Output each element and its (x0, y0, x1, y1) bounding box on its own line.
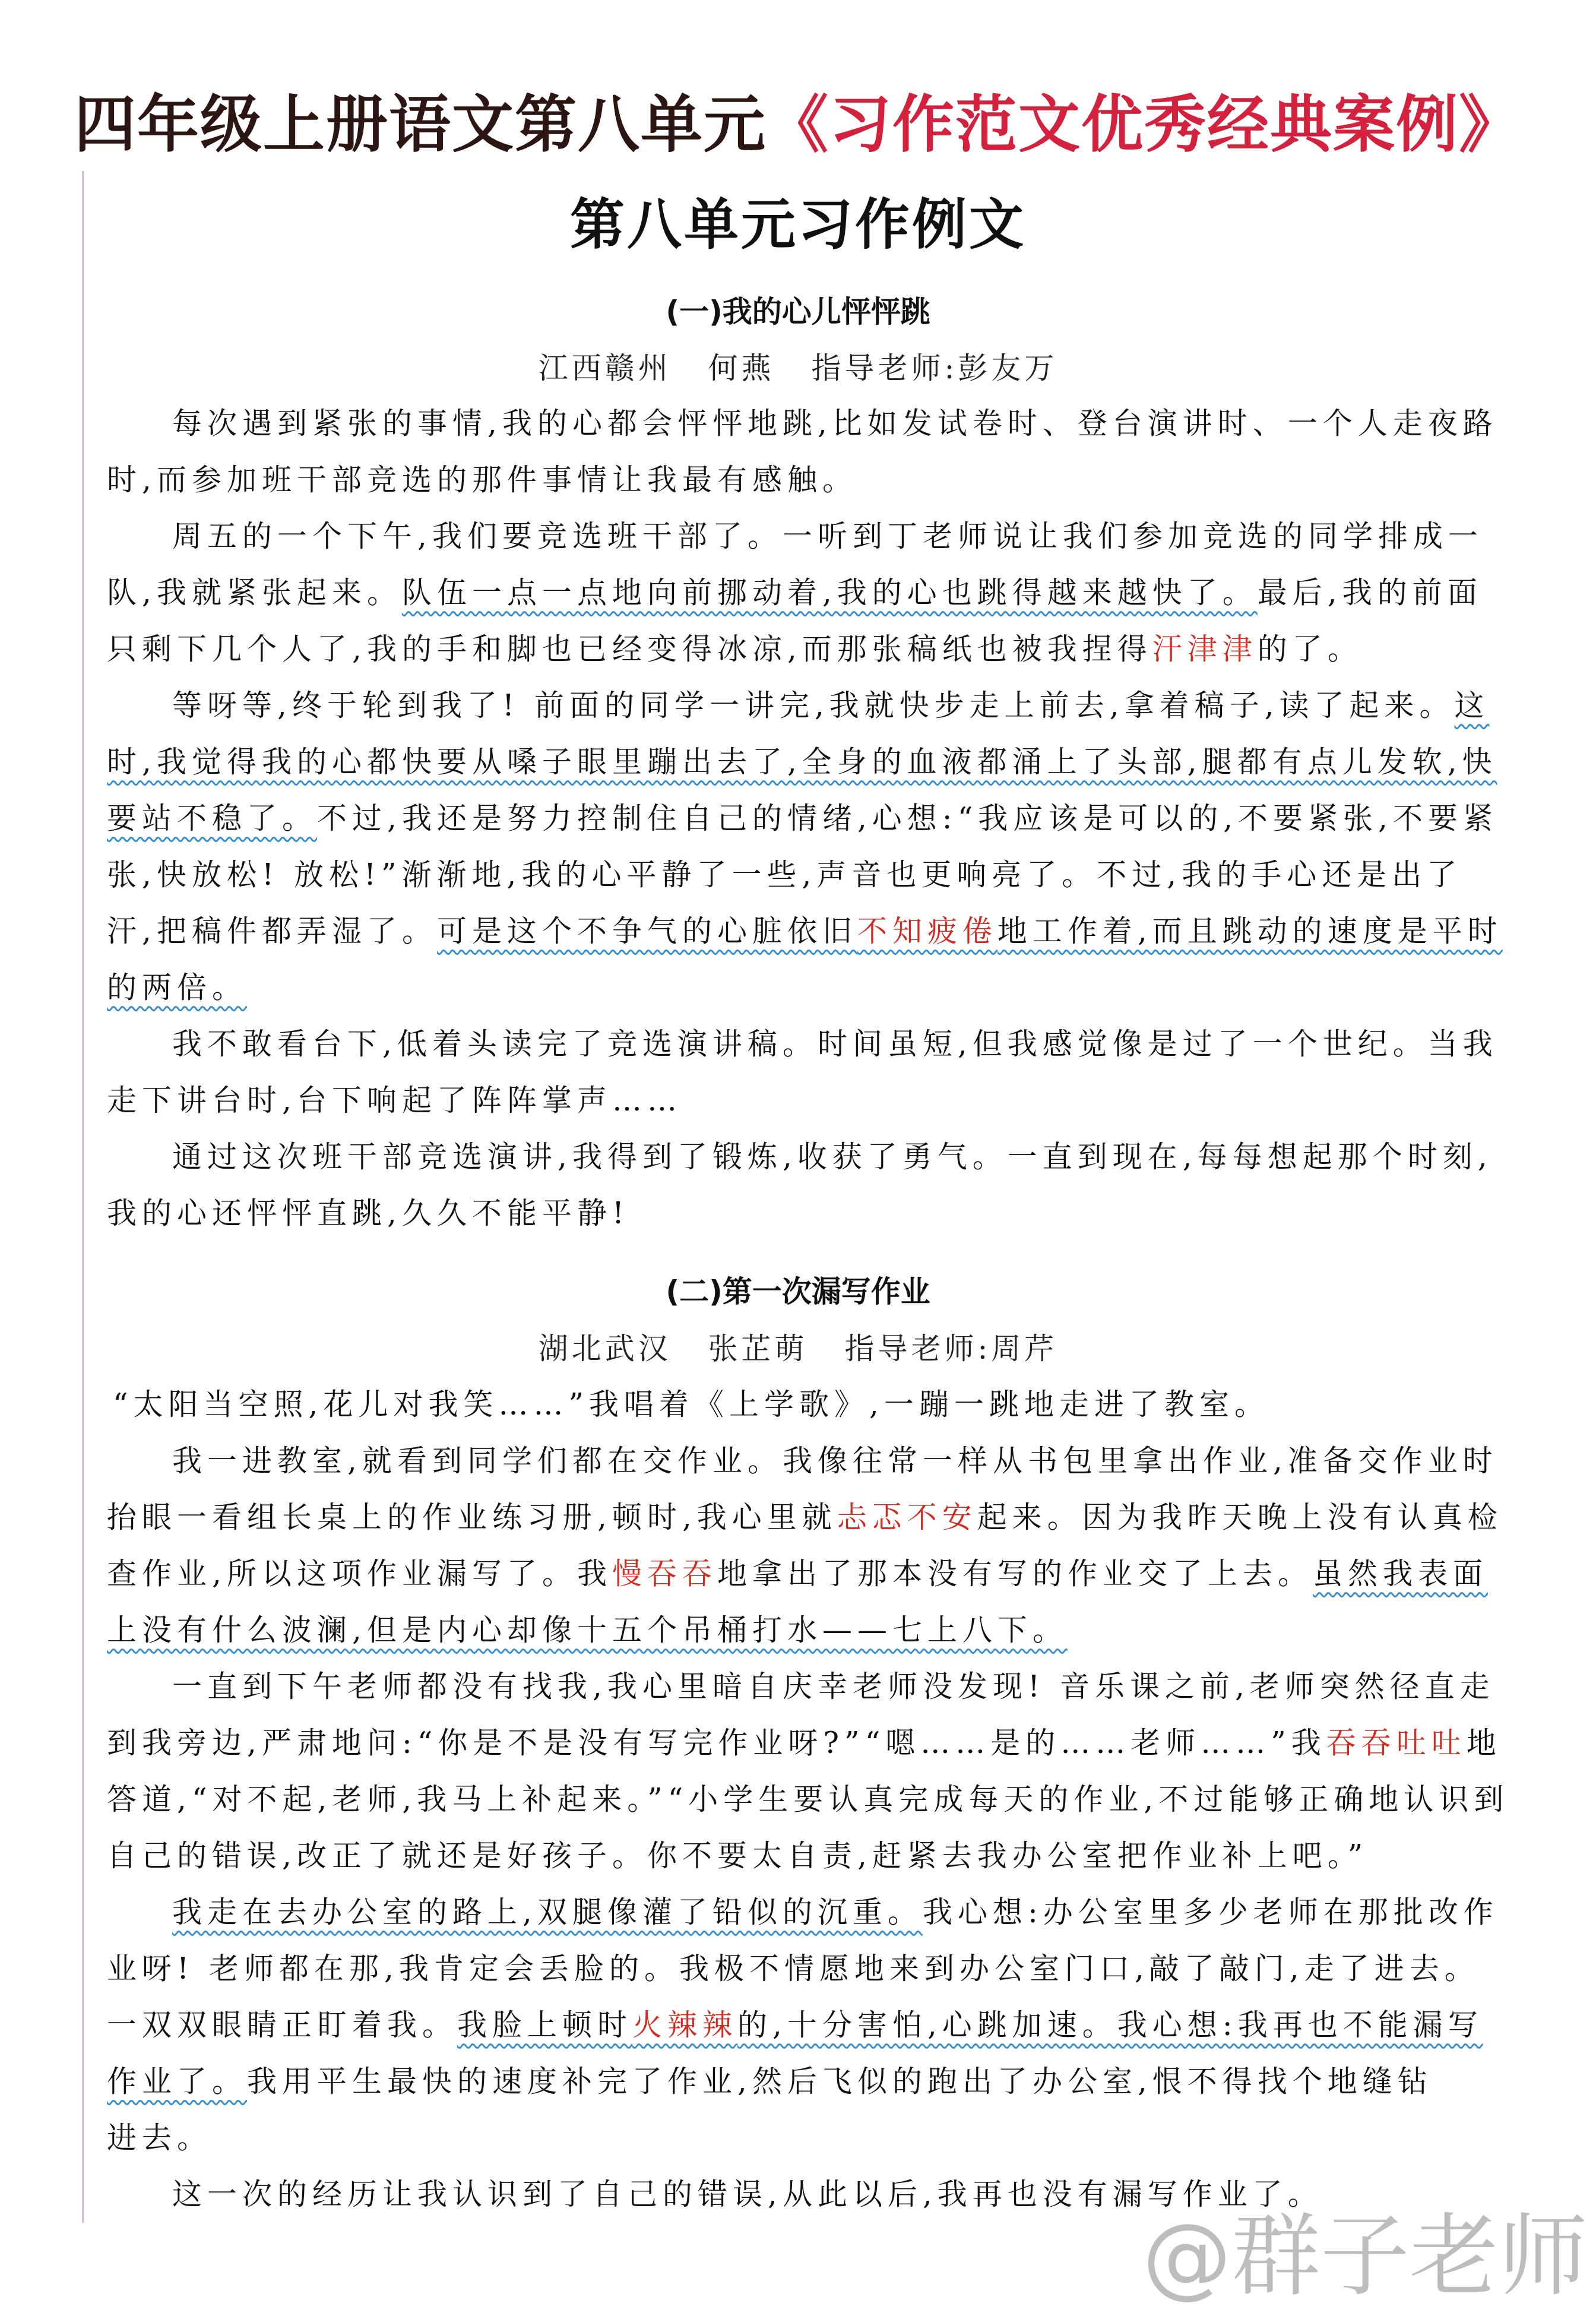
text-line: 时,我觉得我的心都快要从嗓子眼里蹦出去了,全身的血液都涌上了头部,腿都有点儿发软… (107, 741, 1431, 783)
banner-prefix: 四年级上册语文第八单元 (74, 88, 767, 161)
wavy-underlined-sentence: 队伍一点一点地向前挪动着,我的心也跳得越来越快了。 (402, 575, 1258, 610)
text-run: 只剩下几个人了,我的手和脚也已经变得冰凉,而那张稿纸也被我捏得 (107, 632, 1152, 666)
text-line: 我的心还怦怦直跳,久久不能平静! (107, 1192, 1431, 1234)
wavy-underlined-sentence: 要站不稳了。 (107, 801, 317, 836)
text-run: 答道,“对不起,老师,我马上补起来。”“小学生要认真完成每天的作业,不过能够正确… (107, 1782, 1509, 1817)
wavy-underlined-sentence: 我走在去办公室的路上,双腿像灌了铅似的沉重。 (172, 1895, 923, 1929)
text-run: 地拿出了那本没有写的作业交了上去。 (717, 1556, 1313, 1591)
text-run: 抬眼一看组长桌上的作业练习册,顿时,我心里就 (107, 1500, 837, 1534)
text-line: 汗,把稿件都弄湿了。可是这个不争气的心脏依旧不知疲倦地工作着,而且跳动的速度是平… (107, 910, 1431, 952)
highlighted-word: 汗津津 (1152, 632, 1258, 666)
highlighted-word: 火辣辣 (632, 2008, 737, 2042)
text-run: 走下讲台时,台下响起了阵阵掌声…… (107, 1083, 682, 1118)
essay-1-title: (一)我的心儿怦怦跳 (0, 291, 1596, 333)
text-line: 通过这次班干部竞选演讲,我得到了锻炼,收获了勇气。一直到现在,每每想起那个时刻, (172, 1136, 1431, 1178)
byline-author: 张芷萌 (708, 1331, 808, 1366)
text-run: 张,快放松! 放松!”渐渐地,我的心平静了一些,声音也更响亮了。不过,我的手心还… (107, 858, 1462, 892)
wavy-underlined-sentence: 这 (1455, 688, 1490, 723)
byline-teacher: 指导老师:周芹 (844, 1331, 1057, 1366)
text-line: 只剩下几个人了,我的手和脚也已经变得冰凉,而那张稿纸也被我捏得汗津津的了。 (107, 628, 1431, 670)
text-line: 我不敢看台下,低着头读完了竞选演讲稿。时间虽短,但我感觉像是过了一个世纪。当我 (172, 1023, 1431, 1065)
text-line: 查作业,所以这项作业漏写了。我慢吞吞地拿出了那本没有写的作业交了上去。虽然我表面 (107, 1553, 1431, 1594)
text-line: 业呀! 老师都在那,我肯定会丢脸的。我极不情愿地来到办公室门口,敲了敲门,走了进… (107, 1948, 1431, 1989)
text-run: 到我旁边,严肃地问:“你是不是没有写完作业呀?”“嗯……是的……老师……”我 (107, 1726, 1326, 1760)
page-banner: 四年级上册语文第八单元《习作范文优秀经典案例》 (0, 89, 1596, 160)
text-run: 我用平生最快的速度补完了作业,然后飞似的跑出了办公室,恨不得找个地缝钻 (247, 2064, 1433, 2099)
text-line: 队,我就紧张起来。队伍一点一点地向前挪动着,我的心也跳得越来越快了。最后,我的前… (107, 572, 1431, 613)
wavy-underlined-sentence: 作业了。 (107, 2064, 247, 2099)
text-line: 我走在去办公室的路上,双腿像灌了铅似的沉重。我心想:办公室里多少老师在那批改作 (172, 1891, 1431, 1933)
text-run: 队,我就紧张起来。 (107, 575, 402, 610)
text-run: 一直到下午老师都没有找我,我心里暗自庆幸老师没发现! 音乐课之前,老师突然径直走 (172, 1669, 1495, 1704)
text-line: 的两倍。 (107, 967, 1431, 1008)
byline-author: 何燕 (708, 351, 775, 385)
essay-1-byline: 江西赣州 何燕 指导老师:彭友万 (0, 347, 1596, 389)
text-run: 我心想:办公室里多少老师在那批改作 (923, 1895, 1499, 1929)
text-run: 一双双眼睛正盯着我。 (107, 2008, 457, 2042)
text-line: “太阳当空照,花儿对我笑……”我唱着《上学歌》,一蹦一跳地走进了教室。 (113, 1384, 1437, 1425)
text-line: 等呀等,终于轮到我了! 前面的同学一讲完,我就快步走上前去,拿着稿子,读了起来。… (172, 685, 1431, 726)
byline-place: 江西赣州 (539, 351, 672, 385)
text-line: 走下讲台时,台下响起了阵阵掌声…… (107, 1080, 1431, 1121)
text-run: 周五的一个下午,我们要竞选班干部了。一听到丁老师说让我们参加竞选的同学排成一 (172, 519, 1483, 553)
text-line: 一双双眼睛正盯着我。我脸上顿时火辣辣的,十分害怕,心跳加速。我心想:我再也不能漏… (107, 2004, 1431, 2046)
text-run: 不过,我还是努力控制住自己的情绪,心想:“我应该是可以的,不要紧张,不要紧 (317, 801, 1498, 836)
essay-2-title: (二)第一次漏写作业 (0, 1271, 1596, 1312)
wavy-underlined-sentence: 虽然我表面 (1313, 1556, 1488, 1591)
text-run: 自己的错误,改正了就还是好孩子。你不要太自责,赶紧去我办公室把作业补上吧。” (107, 1839, 1368, 1873)
text-run: 的了。 (1258, 632, 1363, 666)
text-run: 查作业,所以这项作业漏写了。我 (107, 1556, 612, 1591)
wavy-underlined-sentence: 我脸上顿时火辣辣的,十分害怕,心跳加速。我心想:我再也不能漏写 (457, 2008, 1483, 2042)
text-run: 我一进教室,就看到同学们都在交作业。我像往常一样从书包里拿出作业,准备交作业时 (172, 1444, 1498, 1478)
text-line: 抬眼一看组长桌上的作业练习册,顿时,我心里就忐忑不安起来。因为我昨天晚上没有认真… (107, 1496, 1431, 1538)
text-line: 张,快放松! 放松!”渐渐地,我的心平静了一些,声音也更响亮了。不过,我的手心还… (107, 854, 1431, 896)
highlighted-word: 不知疲倦 (857, 914, 997, 948)
text-line: 自己的错误,改正了就还是好孩子。你不要太自责,赶紧去我办公室把作业补上吧。” (107, 1835, 1431, 1877)
text-line: 我一进教室,就看到同学们都在交作业。我像往常一样从书包里拿出作业,准备交作业时 (172, 1440, 1431, 1482)
byline-place: 湖北武汉 (539, 1331, 672, 1366)
text-line: 要站不稳了。不过,我还是努力控制住自己的情绪,心想:“我应该是可以的,不要紧张,… (107, 798, 1431, 839)
author-watermark: @群子老师 (1142, 2197, 1588, 2316)
text-run: 最后,我的前面 (1258, 575, 1483, 610)
text-line: 到我旁边,严肃地问:“你是不是没有写完作业呀?”“嗯……是的……老师……”我吞吞… (107, 1722, 1431, 1764)
text-run: 我的心还怦怦直跳,久久不能平静! (107, 1196, 629, 1230)
text-run: 汗,把稿件都弄湿了。 (107, 914, 437, 948)
wavy-underlined-sentence: 上没有什么波澜,但是内心却像十五个吊桶打水——七上八下。 (107, 1613, 1068, 1647)
highlighted-word: 慢吞吞 (612, 1556, 717, 1591)
text-run: 每次遇到紧张的事情,我的心都会怦怦地跳,比如发试卷时、登台演讲时、一个人走夜路 (172, 406, 1498, 441)
byline-teacher: 指导老师:彭友万 (811, 351, 1057, 385)
text-line: 答道,“对不起,老师,我马上补起来。”“小学生要认真完成每天的作业,不过能够正确… (107, 1779, 1431, 1820)
unit-title: 第八单元习作例文 (0, 189, 1596, 260)
text-line: 每次遇到紧张的事情,我的心都会怦怦地跳,比如发试卷时、登台演讲时、一个人走夜路 (172, 403, 1431, 444)
text-run: 地工作着,而且跳动的速度是平时 (997, 914, 1503, 948)
text-run: 的,十分害怕,心跳加速。我心想:我再也不能漏写 (737, 2008, 1483, 2042)
text-run: 进去。 (107, 2121, 212, 2155)
text-line: 作业了。我用平生最快的速度补完了作业,然后飞似的跑出了办公室,恨不得找个地缝钻 (107, 2061, 1431, 2102)
highlighted-word: 吞吞吐吐 (1326, 1726, 1467, 1760)
highlighted-word: 忐忑不安 (837, 1500, 977, 1534)
wavy-underlined-sentence: 可是这个不争气的心脏依旧不知疲倦地工作着,而且跳动的速度是平时 (437, 914, 1503, 948)
wavy-underlined-sentence: 时,我觉得我的心都快要从嗓子眼里蹦出去了,全身的血液都涌上了头部,腿都有点儿发软… (107, 745, 1497, 779)
text-line: 时,而参加班干部竞选的那件事情让我最有感触。 (107, 459, 1431, 501)
left-margin-line (82, 171, 84, 2223)
text-run: 我不敢看台下,低着头读完了竞选演讲稿。时间虽短,但我感觉像是过了一个世纪。当我 (172, 1027, 1498, 1061)
text-line: 进去。 (107, 2117, 1431, 2159)
text-run: 可是这个不争气的心脏依旧 (437, 914, 857, 948)
text-run: 我脸上顿时 (457, 2008, 632, 2042)
text-run: 等呀等,终于轮到我了! 前面的同学一讲完,我就快步走上前去,拿着稿子,读了起来。 (172, 688, 1455, 723)
text-run: 通过这次班干部竞选演讲,我得到了锻炼,收获了勇气。一直到现在,每每想起那个时刻, (172, 1140, 1493, 1174)
text-run: 业呀! 老师都在那,我肯定会丢脸的。我极不情愿地来到办公室门口,敲了敲门,走了进… (107, 1951, 1480, 1986)
text-line: 上没有什么波澜,但是内心却像十五个吊桶打水——七上八下。 (107, 1609, 1431, 1651)
text-run: 起来。因为我昨天晚上没有认真检 (977, 1500, 1503, 1534)
essay-2-byline: 湖北武汉 张芷萌 指导老师:周芹 (0, 1328, 1596, 1369)
text-line: 周五的一个下午,我们要竞选班干部了。一听到丁老师说让我们参加竞选的同学排成一 (172, 515, 1431, 557)
text-run: 地 (1467, 1726, 1502, 1760)
wavy-underlined-sentence: 的两倍。 (107, 970, 247, 1005)
text-line: 一直到下午老师都没有找我,我心里暗自庆幸老师没发现! 音乐课之前,老师突然径直走 (172, 1666, 1431, 1707)
text-run: “太阳当空照,花儿对我笑……”我唱着《上学歌》,一蹦一跳地走进了教室。 (113, 1387, 1269, 1422)
text-run: 时,而参加班干部竞选的那件事情让我最有感触。 (107, 463, 857, 497)
banner-highlight: 《习作范文优秀经典案例》 (767, 88, 1522, 161)
